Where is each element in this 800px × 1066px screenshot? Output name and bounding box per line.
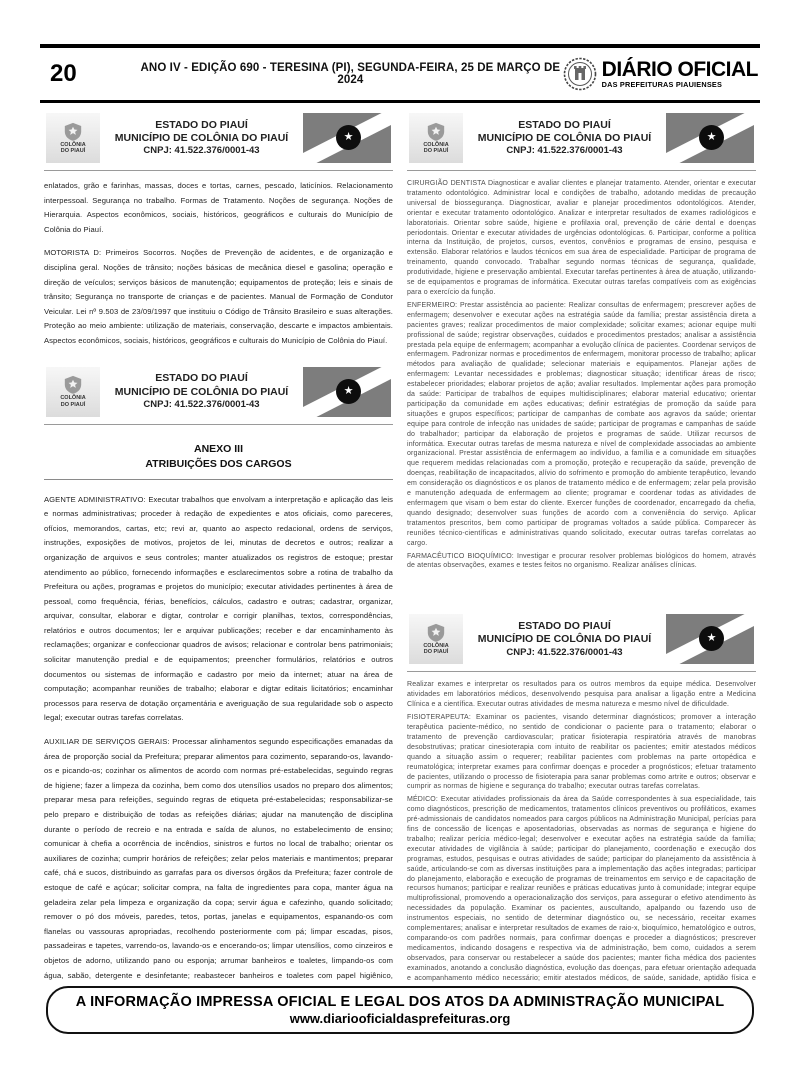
anexo-subtitle: ATRIBUIÇÕES DOS CARGOS	[44, 458, 393, 470]
letterhead-cnpj: CNPJ: 41.522.376/0001-43	[469, 145, 660, 157]
piaui-flag-icon: ★	[666, 614, 754, 664]
piaui-flag-icon: ★	[666, 113, 754, 163]
letterhead-cnpj: CNPJ: 41.522.376/0001-43	[106, 399, 297, 411]
paragraph-cirurgiao-dentista: CIRURGIÃO DENTISTA Diagnosticar e avalia…	[407, 179, 756, 298]
gazette-title: DIÁRIO OFICIAL	[602, 59, 758, 80]
seal-caption: COLÔNIA DO PIAUÍ	[423, 142, 448, 155]
seal-caption: COLÔNIA DO PIAUÍ	[60, 142, 85, 155]
edition-line: ANO IV - EDIÇÃO 690 - TERESINA (PI), SEG…	[138, 62, 563, 86]
letterhead-state: ESTADO DO PIAUÍ	[469, 119, 660, 132]
seal-caption: COLÔNIA DO PIAUÍ	[423, 643, 448, 656]
paragraph-continuation: enlatados, grão e farinhas, massas, doce…	[44, 179, 393, 237]
letterhead-text: ESTADO DO PIAUÍ MUNICÍPIO DE COLÔNIA DO …	[469, 620, 660, 658]
letterhead-municipality: MUNICÍPIO DE COLÔNIA DO PIAUÍ	[106, 132, 297, 145]
letterhead-text: ESTADO DO PIAUÍ MUNICÍPIO DE COLÔNIA DO …	[469, 119, 660, 157]
letterhead-municipality: MUNICÍPIO DE COLÔNIA DO PIAUÍ	[469, 132, 660, 145]
letterhead-state: ESTADO DO PIAUÍ	[106, 119, 297, 132]
paragraph-farmaceutico-bioquimico: FARMACÊUTICO BIOQUÍMICO: Investigar e pr…	[407, 552, 756, 572]
letterhead-municipality: MUNICÍPIO DE COLÔNIA DO PIAUÍ	[106, 386, 297, 399]
piaui-flag-icon: ★	[303, 113, 391, 163]
letterhead-text: ESTADO DO PIAUÍ MUNICÍPIO DE COLÔNIA DO …	[106, 119, 297, 157]
municipality-letterhead: COLÔNIA DO PIAUÍ ESTADO DO PIAUÍ MUNICÍP…	[407, 611, 756, 672]
municipal-seal-icon: COLÔNIA DO PIAUÍ	[46, 113, 100, 163]
municipality-letterhead: COLÔNIA DO PIAUÍ ESTADO DO PIAUÍ MUNICÍP…	[407, 110, 756, 171]
letterhead-cnpj: CNPJ: 41.522.376/0001-43	[469, 647, 660, 659]
municipal-seal-icon: COLÔNIA DO PIAUÍ	[46, 367, 100, 417]
footer-banner-text: A INFORMAÇÃO IMPRESSA OFICIAL E LEGAL DO…	[76, 994, 725, 1010]
content-columns: COLÔNIA DO PIAUÍ ESTADO DO PIAUÍ MUNICÍP…	[44, 110, 756, 984]
gazette-brand-text: DIÁRIO OFICIAL DAS PREFEITURAS PIAUIENSE…	[602, 59, 758, 88]
municipality-letterhead: COLÔNIA DO PIAUÍ ESTADO DO PIAUÍ MUNICÍP…	[44, 110, 393, 171]
municipal-seal-icon: COLÔNIA DO PIAUÍ	[409, 113, 463, 163]
paragraph-motorista-d: MOTORISTA D: Primeiros Socorros. Noções …	[44, 246, 393, 348]
paragraph-auxiliar-servicos-gerais: AUXILIAR DE SERVIÇOS GERAIS: Processar a…	[44, 735, 393, 984]
paragraph-agente-administrativo: AGENTE ADMINISTRATIVO: Executar trabalho…	[44, 493, 393, 727]
paragraph-medico: MÉDICO: Executar atividades profissionai…	[407, 795, 756, 984]
seal-caption: COLÔNIA DO PIAUÍ	[60, 395, 85, 408]
paragraph-fisioterapeuta: FISIOTERAPEUTA: Examinar os pacientes, v…	[407, 713, 756, 792]
letterhead-cnpj: CNPJ: 41.522.376/0001-43	[106, 145, 297, 157]
paragraph-enfermeiro: ENFERMEIRO: Prestar assistência ao pacie…	[407, 301, 756, 549]
paragraph-farmaceutico-continuacao: Realizar exames e interpretar os resulta…	[407, 680, 756, 710]
municipal-seal-icon: COLÔNIA DO PIAUÍ	[409, 614, 463, 664]
gazette-brand: DIÁRIO OFICIAL DAS PREFEITURAS PIAUIENSE…	[563, 57, 760, 91]
coat-of-arms-icon	[563, 57, 597, 91]
left-column: COLÔNIA DO PIAUÍ ESTADO DO PIAUÍ MUNICÍP…	[44, 110, 393, 984]
letterhead-text: ESTADO DO PIAUÍ MUNICÍPIO DE COLÔNIA DO …	[106, 372, 297, 410]
gazette-page: 20 ANO IV - EDIÇÃO 690 - TERESINA (PI), …	[0, 0, 800, 1066]
gazette-subtitle: DAS PREFEITURAS PIAUIENSES	[602, 81, 758, 88]
page-header: 20 ANO IV - EDIÇÃO 690 - TERESINA (PI), …	[40, 44, 760, 103]
anexo-title: ANEXO III	[44, 443, 393, 455]
footer-banner: A INFORMAÇÃO IMPRESSA OFICIAL E LEGAL DO…	[46, 986, 754, 1034]
footer-banner-url: www.diariooficialdasprefeituras.org	[290, 1011, 511, 1026]
piaui-flag-icon: ★	[303, 367, 391, 417]
right-column: COLÔNIA DO PIAUÍ ESTADO DO PIAUÍ MUNICÍP…	[407, 110, 756, 984]
anexo-heading: ANEXO III ATRIBUIÇÕES DOS CARGOS	[44, 433, 393, 480]
municipality-letterhead: COLÔNIA DO PIAUÍ ESTADO DO PIAUÍ MUNICÍP…	[44, 364, 393, 425]
letterhead-state: ESTADO DO PIAUÍ	[106, 372, 297, 385]
letterhead-municipality: MUNICÍPIO DE COLÔNIA DO PIAUÍ	[469, 633, 660, 646]
letterhead-state: ESTADO DO PIAUÍ	[469, 620, 660, 633]
page-number: 20	[40, 60, 138, 88]
